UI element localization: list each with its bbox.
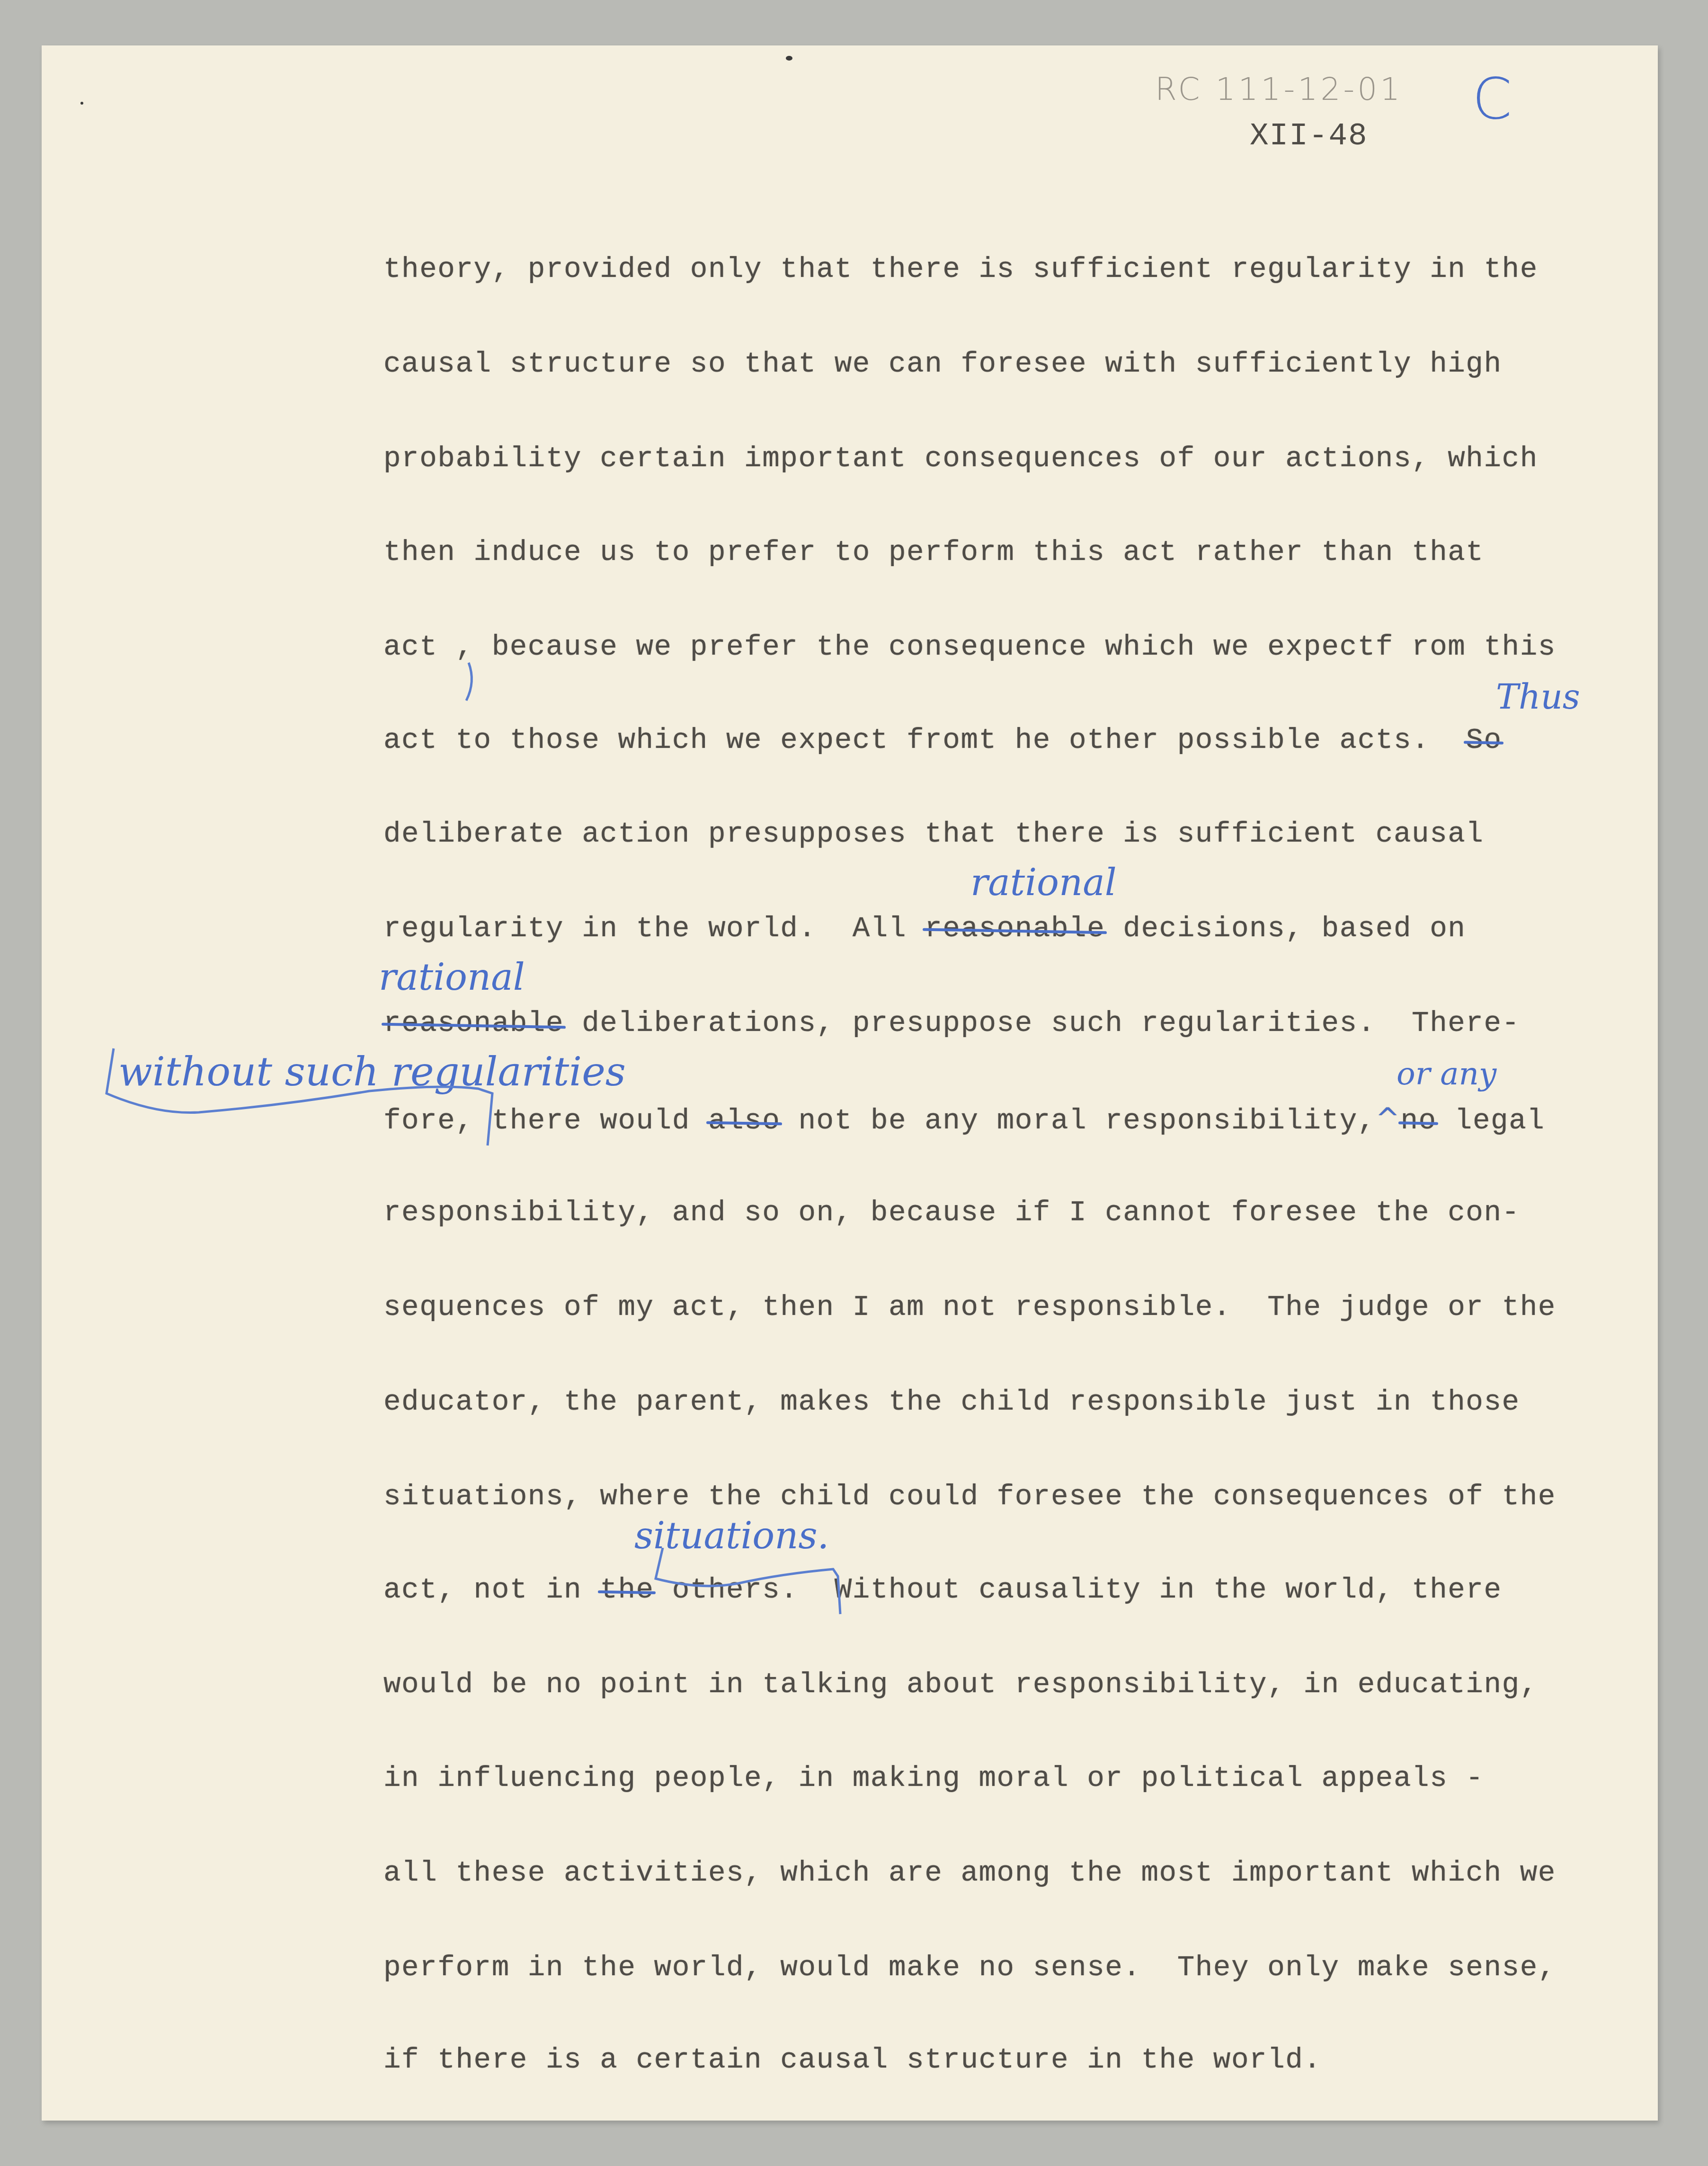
insertion-guide-lines	[0, 0, 1708, 2166]
